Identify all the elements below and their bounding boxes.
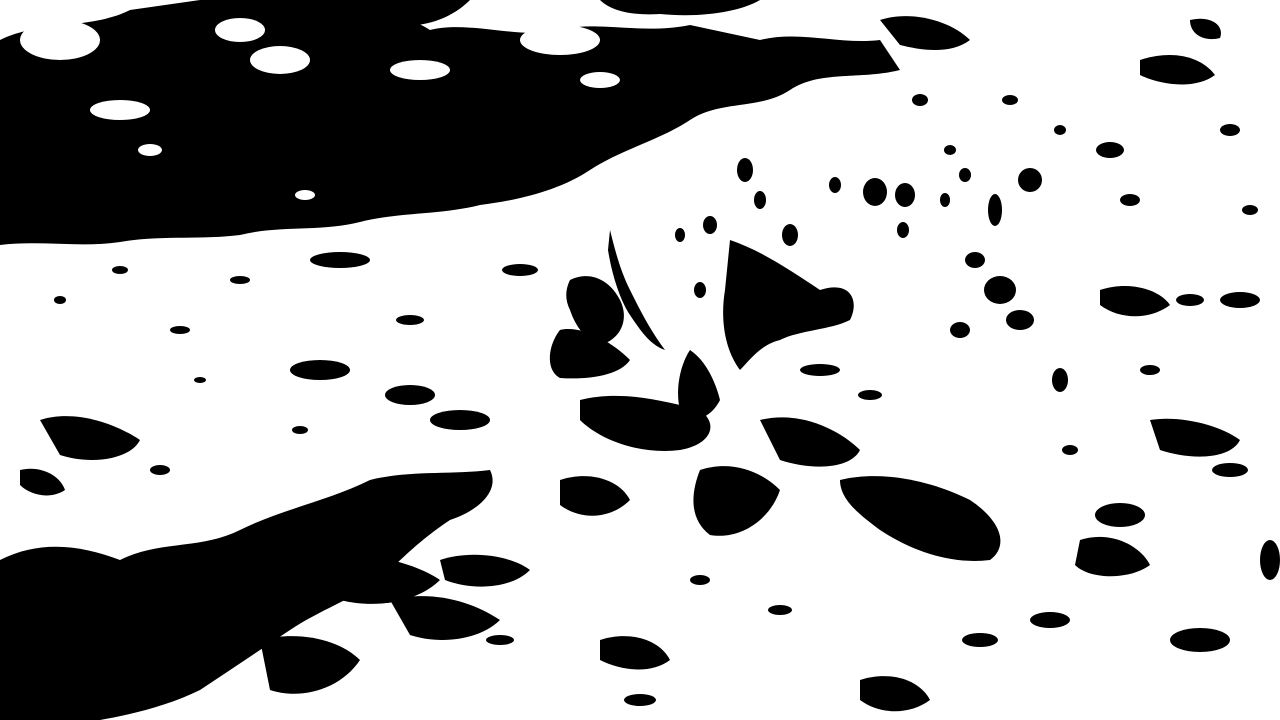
dalmatian-illusion-image: [0, 0, 1280, 720]
